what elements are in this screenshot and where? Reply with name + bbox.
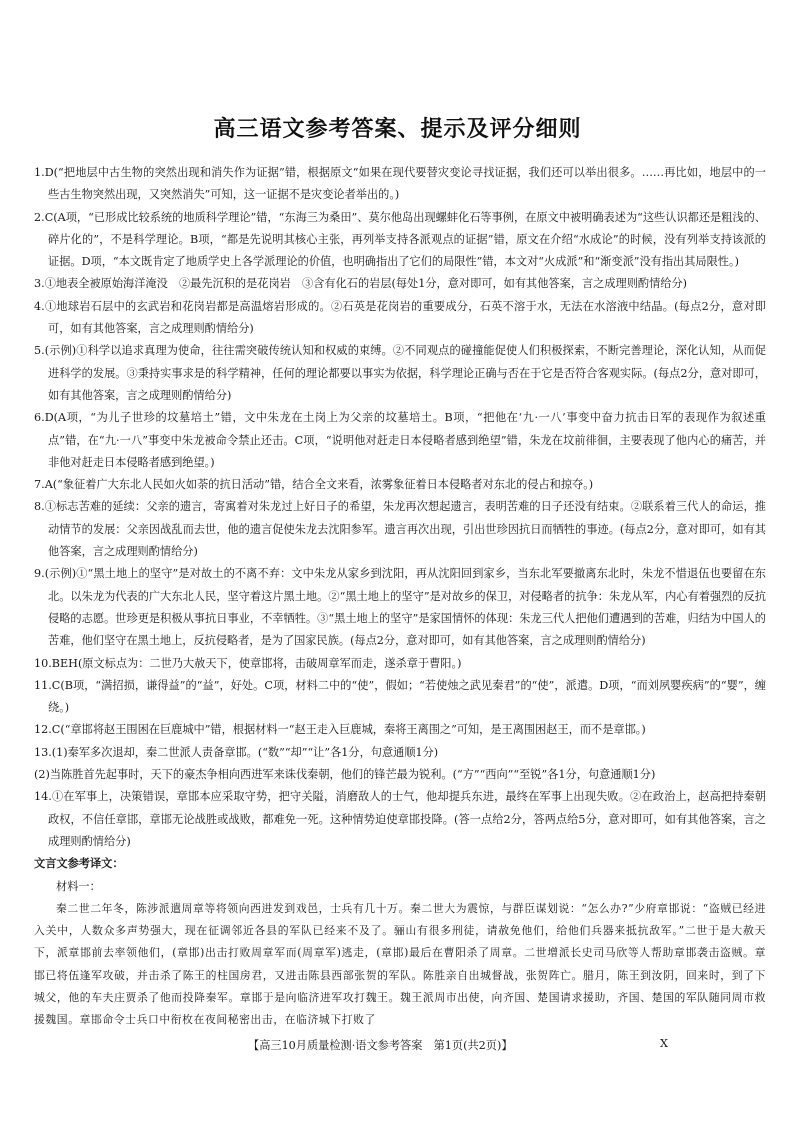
answer-subtext: (2)当陈胜首先起事时，天下的豪杰争相向西进军来诛伐秦朝，他们的锋芒最为锐利。(…	[34, 764, 766, 786]
answer-item-12: 12.C(“章邯将赵王围困在巨鹿城中”错，根据材料一“赵王走入巨鹿城，秦将王离围…	[34, 719, 766, 741]
answer-item-2: 2.C(A项，“已形成比较系统的地质科学理论”错，“东海三为桑田”、莫尔他岛出现…	[34, 207, 766, 274]
answer-number: 7.	[34, 478, 45, 491]
answer-text: C(B项，“满招损，谦得益”的“益”，好处。C项，材料二中的“使”，假如；“若使…	[48, 679, 766, 714]
answer-number: 14.	[34, 790, 52, 803]
page-title: 高三语文参考答案、提示及评分细则	[0, 112, 795, 143]
answer-text: ①标志苦难的延续：父亲的遗言，寄寓着对朱龙过上好日子的希望，朱龙再次想起遗言，表…	[45, 500, 766, 558]
answer-item-5: 5.(示例)①科学以追求真理为使命，往往需突破传统认知和权威的束缚。②不同观点的…	[34, 340, 766, 407]
answer-item-7: 7.A(“象征着广大东北人民如火如荼的抗日活动”错，结合全文来看，浓雾象征着日本…	[34, 474, 766, 496]
answer-item-4: 4.①地球岩石层中的玄武岩和花岗岩都是高温熔岩形成的。②石英是花岗岩的重要成分，…	[34, 296, 766, 341]
answer-number: 5.	[34, 344, 45, 357]
answer-number: 3.	[34, 277, 45, 290]
answer-number: 6.	[34, 411, 45, 424]
answer-item-6: 6.D(A项，“为儿子世珍的坟墓培土”错，文中朱龙在土岗上为父亲的坟墓培土。B项…	[34, 407, 766, 474]
answer-item-14: 14.①在军事上，决策错误，章邯本应采取守势，把守关隘，消磨敌人的士气，他却提兵…	[34, 786, 766, 853]
answer-number: 1.	[34, 166, 45, 179]
answer-text: D(A项，“为儿子世珍的坟墓培土”错，文中朱龙在土岗上为父亲的坟墓培土。B项，“…	[45, 411, 766, 469]
answer-number: 12.	[34, 723, 52, 736]
answer-number: 13.	[34, 746, 52, 759]
answer-text: ①在军事上，决策错误，章邯本应采取守势，把守关隘，消磨敌人的士气，他却提兵东进，…	[48, 790, 766, 848]
translation-body: 秦二世二年冬，陈涉派遣周章等将领向西进发到戏邑，士兵有几十万。秦二世大为震惊，与…	[34, 898, 766, 1032]
translation-heading: 文言文参考译文：	[34, 853, 766, 875]
answer-text: D(“把地层中古生物的突然出现和消失作为证据”错，根据原文“如果在现代要替灾变论…	[45, 166, 766, 201]
answer-item-3: 3.①地表全被原始海洋淹没 ②最先沉积的是花岗岩 ③含有化石的岩层(每处1分，意…	[34, 273, 766, 295]
answer-content: 1.D(“把地层中古生物的突然出现和消失作为证据”错，根据原文“如果在现代要替灾…	[34, 162, 766, 1032]
answer-text: C(A项，“已形成比较系统的地质科学理论”错，“东海三为桑田”、莫尔他岛出现螺蚌…	[45, 211, 766, 269]
footer-text: 【高三10月质量检测·语文参考答案 第1页(共2页)】	[248, 1037, 513, 1053]
answer-text: ①地球岩石层中的玄武岩和花岗岩都是高温熔岩形成的。②石英是花岗岩的重要成分，石英…	[45, 300, 766, 335]
answer-item-8: 8.①标志苦难的延续：父亲的遗言，寄寓着对朱龙过上好日子的希望，朱龙再次想起遗言…	[34, 496, 766, 563]
answer-text: (1)秦军多次退却，秦二世派人责备章邯。(“数”“却”“让”各1分，句意通顺1分…	[52, 746, 438, 759]
answer-number: 8.	[34, 500, 45, 513]
answer-item-1: 1.D(“把地层中古生物的突然出现和消失作为证据”错，根据原文“如果在现代要替灾…	[34, 162, 766, 207]
footer-mark: X	[660, 1037, 668, 1050]
answer-text: (示例)①科学以追求真理为使命，往往需突破传统认知和权威的束缚。②不同观点的碰撞…	[45, 344, 766, 402]
answer-text: A(“象征着广大东北人民如火如荼的抗日活动”错，结合全文来看，浓雾象征着日本侵略…	[45, 478, 593, 491]
answer-text: ①地表全被原始海洋淹没 ②最先沉积的是花岗岩 ③含有化石的岩层(每处1分，意对即…	[45, 277, 687, 290]
answer-text: C(“章邯将赵王围困在巨鹿城中”错，根据材料一“赵王走入巨鹿城，秦将王离围之”可…	[52, 723, 646, 736]
material-label: 材料一：	[34, 876, 766, 898]
answer-number: 4.	[34, 300, 45, 313]
answer-text: (示例)①“黑土地上的坚守”是对故土的不离不弃：文中朱龙从家乡到沈阳，再从沈阳回…	[45, 567, 766, 647]
answer-item-9: 9.(示例)①“黑土地上的坚守”是对故土的不离不弃：文中朱龙从家乡到沈阳，再从沈…	[34, 563, 766, 652]
answer-text: BEH(原文标点为：二世乃大赦天下，使章邯将，击破周章军而走，遂杀章于曹阳。)	[52, 657, 462, 670]
answer-number: 2.	[34, 211, 45, 224]
answer-number: 11.	[34, 679, 52, 692]
answer-item-11: 11.C(B项，“满招损，谦得益”的“益”，好处。C项，材料二中的“使”，假如；…	[34, 675, 766, 720]
answer-number: 9.	[34, 567, 45, 580]
answer-item-13: 13.(1)秦军多次退却，秦二世派人责备章邯。(“数”“却”“让”各1分，句意通…	[34, 742, 766, 787]
answer-item-10: 10.BEH(原文标点为：二世乃大赦天下，使章邯将，击破周章军而走，遂杀章于曹阳…	[34, 653, 766, 675]
answer-number: 10.	[34, 657, 52, 670]
